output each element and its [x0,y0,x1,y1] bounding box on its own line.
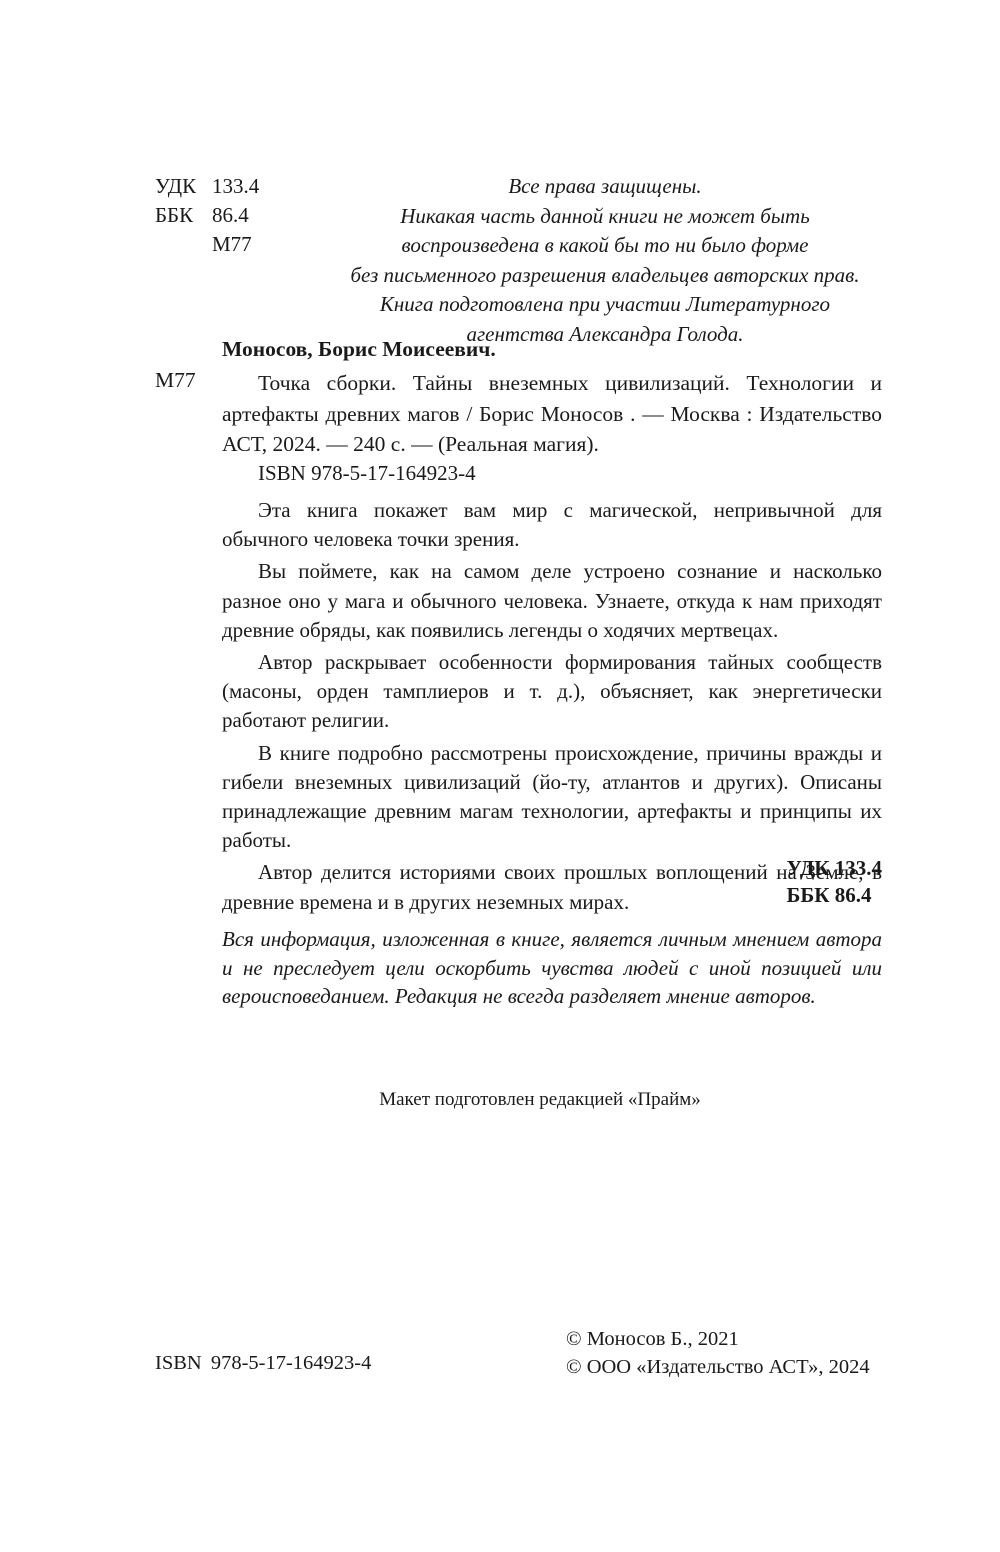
rights-line: без письменного разрешения владельцев ав… [330,261,880,291]
copyright-author: © Моносов Б., 2021 [566,1325,870,1353]
disclaimer: Вся информация, изложенная в книге, явля… [222,925,882,1011]
annotation: Эта книга покажет вам мир с магической, … [222,496,882,917]
rights-line: Книга подготовлена при участии Литератур… [330,290,880,320]
udk-value: 133.4 [212,172,259,201]
bib-description-text: Точка сборки. Тайны внеземных цивилизаци… [222,368,882,460]
bbk-label: ББК [155,201,212,230]
annotation-paragraph: Вы поймете, как на самом деле устроено с… [222,557,882,645]
annotation-paragraph: Эта книга покажет вам мир с магической, … [222,496,882,554]
classification-block: УДК 133.4 ББК 86.4 М77 [155,172,259,259]
udk-row: УДК 133.4 [155,172,259,201]
prepared-by-note: Макет подготовлен редакцией «Прайм» [0,1089,1000,1111]
udk-label: УДК [155,172,212,201]
annotation-paragraph: Автор раскрывает особенности формировани… [222,648,882,736]
rights-line: Все права защищены. [330,172,880,202]
copyright-block: © Моносов Б., 2021 © ООО «Издательство А… [566,1325,870,1381]
bbk-row: ББК 86.4 [155,201,259,230]
isbn-line: ISBN 978-5-17-164923-4 [258,461,476,486]
udk-code: УДК 133.4 [787,855,882,882]
bbk-code: ББК 86.4 [787,882,882,909]
annotation-paragraph: В книге подробно рассмотрены происхожден… [222,739,882,856]
cutter-row: М77 [155,230,259,259]
annotation-paragraph: Автор делится историями своих прошлых во… [222,858,882,916]
rights-line: Никакая часть данной книги не может быть [330,202,880,232]
rights-line: воспроизведена в какой бы то ни было фор… [330,231,880,261]
bib-cutter-code: М77 [155,368,196,393]
classification-codes-right: УДК 133.4 ББК 86.4 [787,855,882,909]
cutter-code: М77 [212,230,252,259]
rights-notice: Все права защищены. Никакая часть данной… [330,172,880,349]
footer-isbn: ISBN 978-5-17-164923-4 [155,1352,371,1375]
author-heading: Моносов, Борис Моисеевич. [222,337,496,362]
bibliographic-description: Точка сборки. Тайны внеземных цивилизаци… [222,368,882,460]
bbk-value: 86.4 [212,201,249,230]
copyright-publisher: © ООО «Издательство АСТ», 2024 [566,1353,870,1381]
